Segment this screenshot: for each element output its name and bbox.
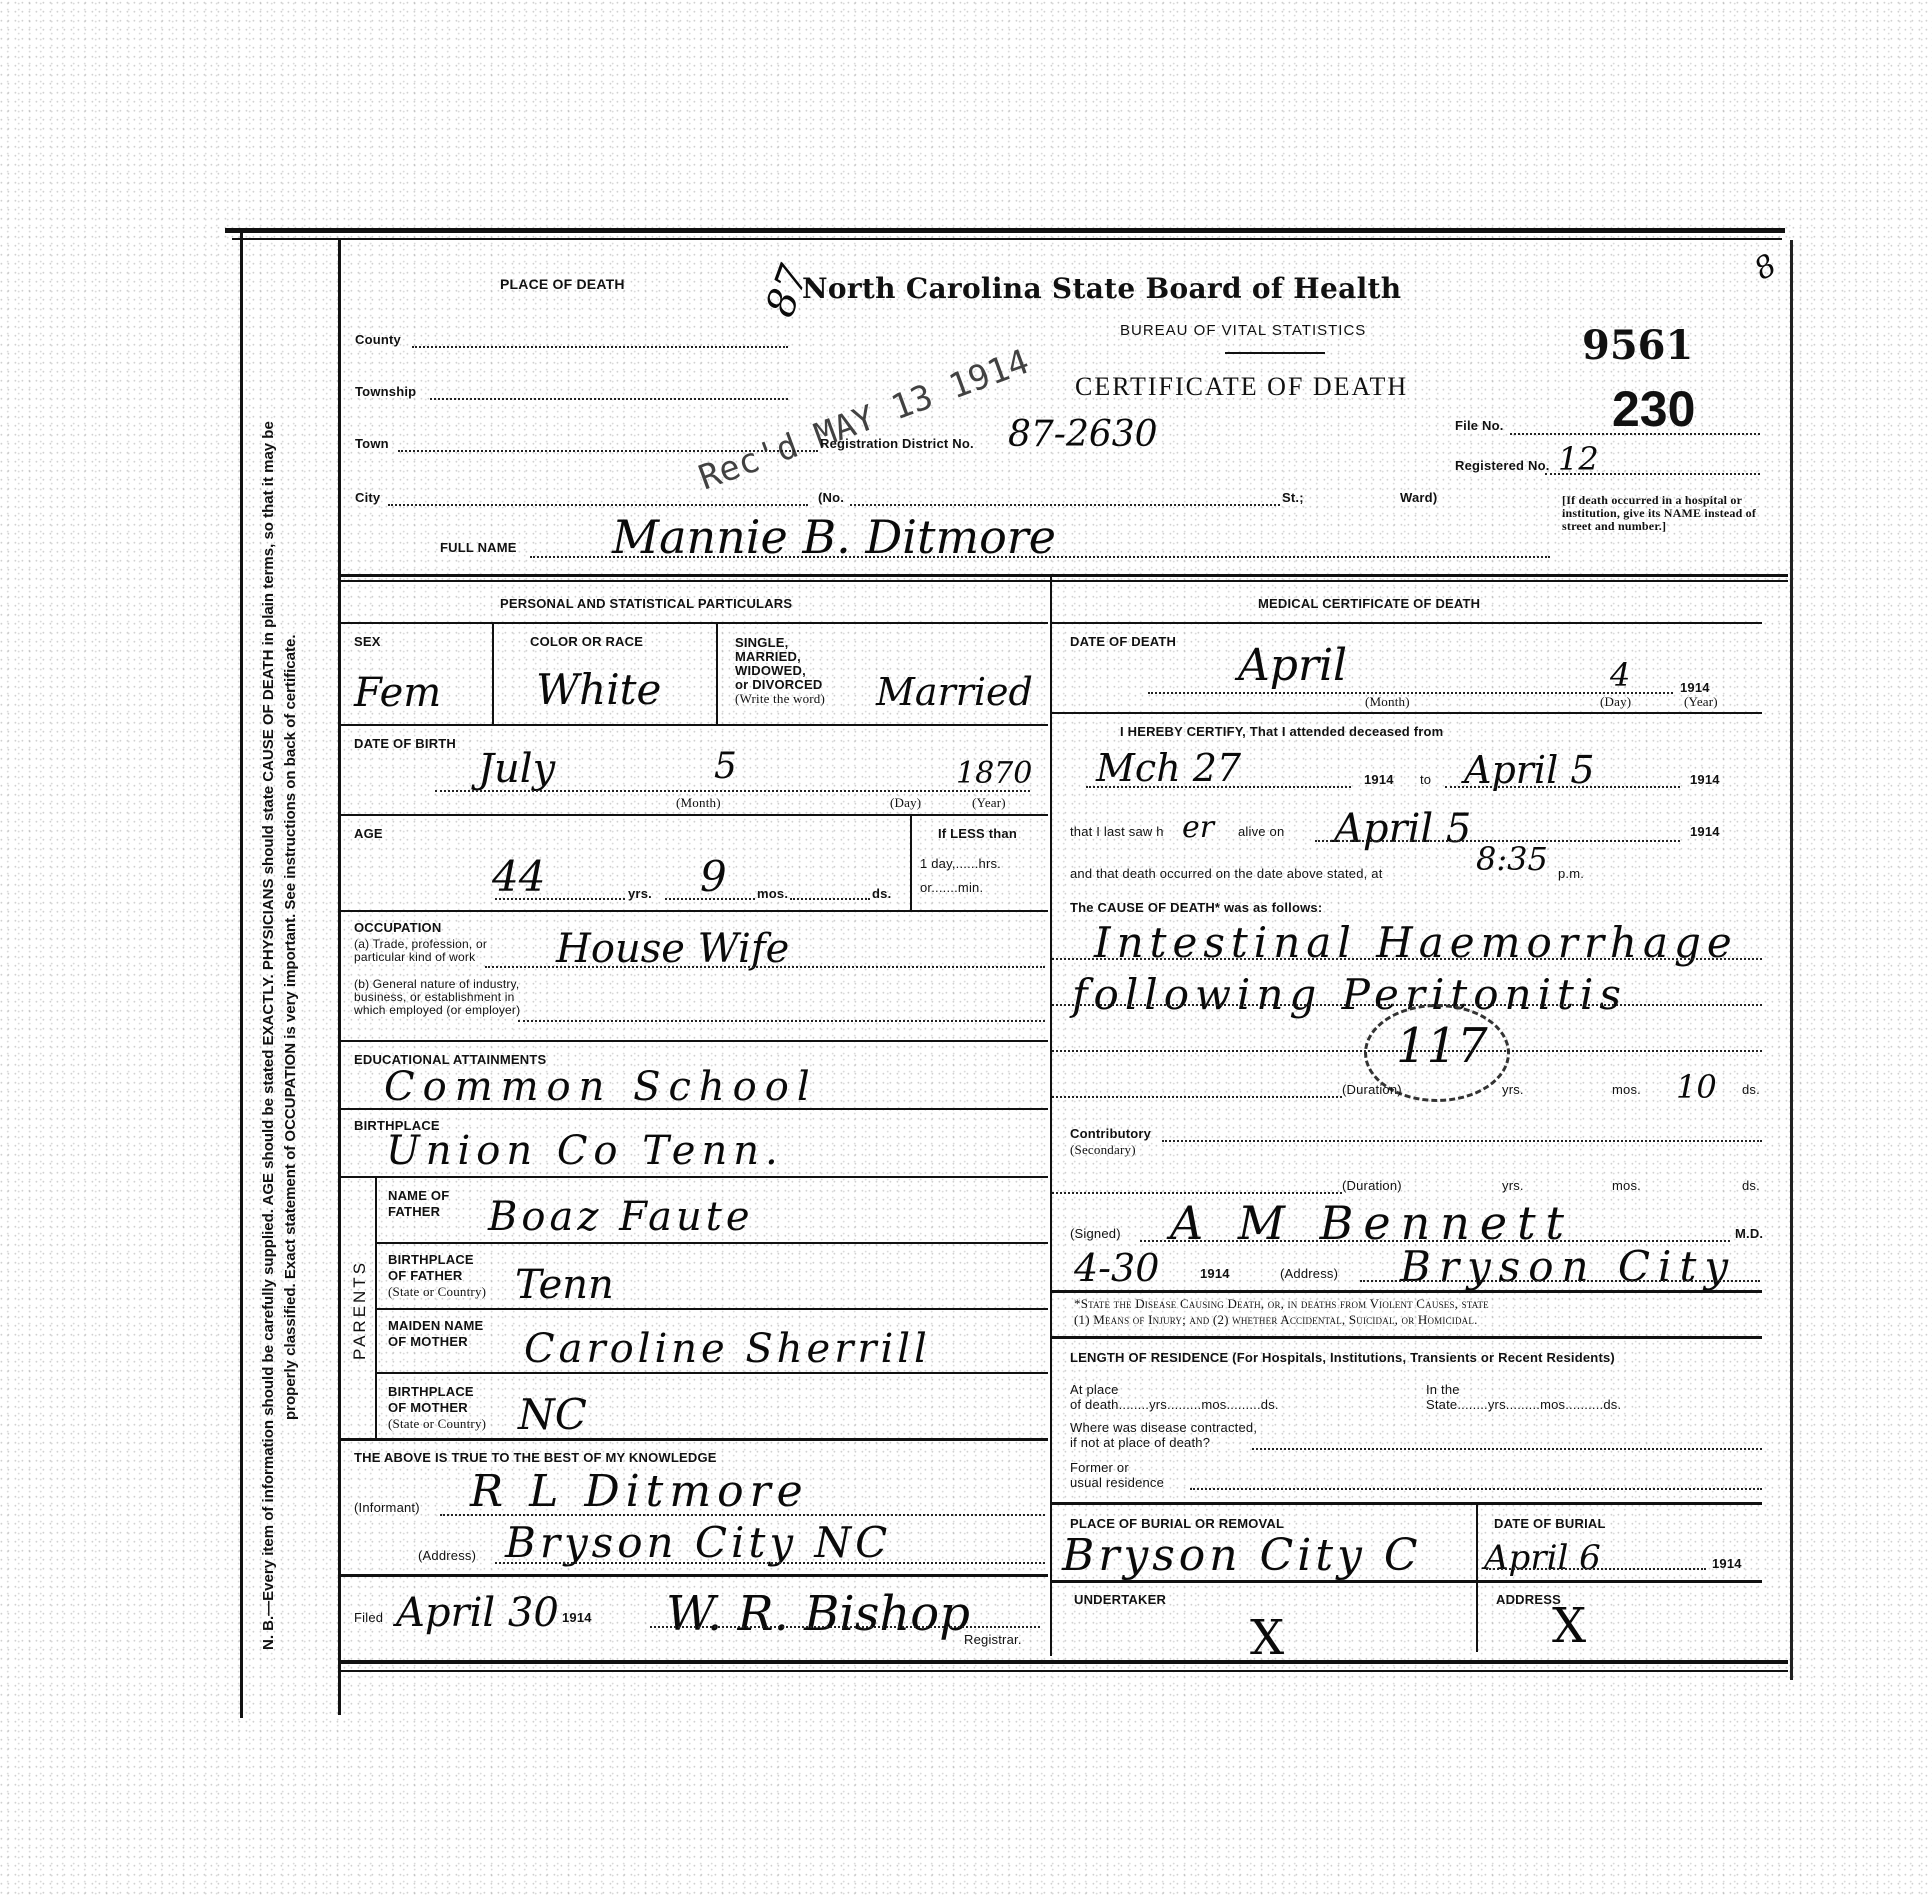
contributory-ds: ds. xyxy=(1742,1178,1760,1193)
mother-name-value: Caroline Sherrill xyxy=(524,1326,931,1372)
death-time-suffix: p.m. xyxy=(1558,866,1584,881)
less-than-label: If LESS than xyxy=(938,826,1017,841)
township-label: Township xyxy=(355,384,416,399)
row-rule xyxy=(1052,1336,1762,1339)
to-label: to xyxy=(1420,772,1431,787)
city-field[interactable] xyxy=(388,504,808,506)
duration-mos: mos. xyxy=(1612,1082,1641,1097)
received-date-stamp: Rec'd MAY 13 1914 xyxy=(694,342,1035,499)
dod-month-caption: (Month) xyxy=(1365,694,1410,710)
contributory-mos: mos. xyxy=(1612,1178,1641,1193)
burial-date-label: DATE OF BURIAL xyxy=(1494,1516,1606,1531)
frame-top-rule xyxy=(225,228,1785,233)
dob-year: 1870 xyxy=(956,756,1032,791)
city-label: City xyxy=(355,490,380,505)
row-rule xyxy=(340,724,1048,726)
cause-line-1-rule xyxy=(1052,958,1762,960)
attended-to-line xyxy=(1445,786,1680,788)
footnote: *State the Disease Causing Death, or, in… xyxy=(1074,1296,1489,1328)
informant-address-label: (Address) xyxy=(418,1548,476,1563)
ward-label: Ward) xyxy=(1400,490,1437,505)
father-birthplace-value: Tenn xyxy=(515,1262,614,1308)
mos-caption: mos. xyxy=(757,886,788,901)
county-label: County xyxy=(355,332,401,347)
duration-line xyxy=(1052,1096,1342,1098)
row-rule xyxy=(1052,712,1762,714)
duration-label: (Duration) xyxy=(1342,1082,1402,1097)
mother-birthplace-label: BIRTHPLACEOF MOTHER (State or Country) xyxy=(388,1384,486,1432)
education-value: Common School xyxy=(384,1064,818,1110)
age-months-line xyxy=(665,898,755,900)
filed-year: 1914 xyxy=(562,1610,592,1625)
bureau-underline xyxy=(1225,352,1325,354)
contributory-yrs: yrs. xyxy=(1502,1178,1524,1193)
filed-label: Filed xyxy=(354,1610,383,1625)
to-year: 1914 xyxy=(1690,772,1720,787)
physician-address-line xyxy=(1360,1280,1760,1282)
side-note-line-1: N. B.—Every item of information should b… xyxy=(258,250,280,1650)
column-divider xyxy=(1050,574,1052,1656)
age-years: 44 xyxy=(492,852,545,901)
occupation-b-line xyxy=(518,1020,1045,1022)
residence-heading: LENGTH OF RESIDENCE (For Hospitals, Inst… xyxy=(1070,1350,1615,1365)
dod-year: 1914 xyxy=(1680,680,1710,695)
row-rule xyxy=(1052,1290,1762,1293)
occupation-a-label: (a) Trade, profession, orparticular kind… xyxy=(354,938,487,964)
dod-day: 4 xyxy=(1610,656,1630,694)
dob-month-caption: (Month) xyxy=(676,795,721,811)
township-field[interactable] xyxy=(430,398,788,400)
contributory-label: Contributory (Secondary) xyxy=(1070,1126,1151,1158)
dod-label: DATE OF DEATH xyxy=(1070,634,1176,649)
dod-day-caption: (Day) xyxy=(1600,694,1631,710)
last-saw-date: April 5 xyxy=(1334,806,1471,852)
where-contracted-label: Where was disease contracted,if not at p… xyxy=(1070,1420,1257,1450)
personal-heading: PERSONAL AND STATISTICAL PARTICULARS xyxy=(500,596,792,611)
father-name-value: Boaz Faute xyxy=(488,1194,754,1240)
registrar-signature: W. R. Bishop xyxy=(666,1586,970,1642)
row-rule xyxy=(377,1372,1048,1374)
occupation-b-label: (b) General nature of industry,business,… xyxy=(354,978,520,1017)
age-days-line xyxy=(790,898,870,900)
physician-address-label: (Address) xyxy=(1280,1266,1338,1281)
frame-top-rule-2 xyxy=(232,238,1782,240)
filed-date: April 30 xyxy=(396,1590,559,1636)
sex-label: SEX xyxy=(354,634,381,649)
father-birthplace-label: BIRTHPLACEOF FATHER (State or Country) xyxy=(388,1252,486,1300)
full-name-label: FULL NAME xyxy=(440,540,517,555)
dob-year-caption: (Year) xyxy=(972,795,1006,811)
age-label: AGE xyxy=(354,826,383,841)
file-no-line xyxy=(1510,433,1760,435)
board-title: North Carolina State Board of Health xyxy=(802,272,1401,305)
row-rule xyxy=(340,1574,1048,1577)
st-label: St.; xyxy=(1282,490,1304,505)
frame-right-rule xyxy=(1790,240,1793,1680)
race-label: COLOR OR RACE xyxy=(530,634,643,649)
burial-divider xyxy=(1476,1502,1478,1652)
one-day-label: 1 day,......hrs. xyxy=(920,856,1001,871)
yrs-caption: yrs. xyxy=(628,886,652,901)
dob-line xyxy=(435,790,1030,792)
certify-text: I HEREBY CERTIFY, That I attended deceas… xyxy=(1120,724,1443,739)
frame-bottom-rule xyxy=(338,1660,1788,1664)
former-residence-line xyxy=(1190,1488,1762,1490)
row-rule xyxy=(340,1108,1048,1110)
duration-ds: ds. xyxy=(1742,1082,1760,1097)
section-divider-top xyxy=(338,574,1788,577)
cause-line-2: following Peritonitis xyxy=(1072,970,1627,1019)
burial-date-value: April 6 xyxy=(1484,1538,1601,1578)
duration-yrs: yrs. xyxy=(1502,1082,1524,1097)
signed-date: 4-30 xyxy=(1074,1246,1159,1290)
row-rule xyxy=(340,910,1048,912)
undertaker-label: UNDERTAKER xyxy=(1074,1592,1166,1607)
signed-label: (Signed) xyxy=(1070,1226,1121,1241)
street-no-label: (No. xyxy=(818,490,844,505)
row-rule xyxy=(340,1176,1048,1178)
marital-value: Married xyxy=(876,670,1033,714)
corner-mark-right: 8 xyxy=(1749,248,1783,288)
section-divider-top-2 xyxy=(338,580,1788,582)
attended-from-line xyxy=(1086,786,1351,788)
row-rule xyxy=(1052,1502,1762,1505)
informant-label: (Informant) xyxy=(354,1500,420,1515)
death-time: 8:35 xyxy=(1476,840,1548,878)
burial-year: 1914 xyxy=(1712,1556,1742,1571)
registrar-line xyxy=(650,1626,1040,1628)
physician-address: Bryson City xyxy=(1400,1242,1736,1291)
mother-name-label: MAIDEN NAMEOF MOTHER xyxy=(388,1318,483,1350)
side-note-line-2: properly classified. Exact statement of … xyxy=(280,250,302,1650)
undertaker-value: X xyxy=(1250,1610,1284,1666)
mother-birthplace-value: NC xyxy=(518,1390,587,1439)
instructions-side-note: N. B.—Every item of information should b… xyxy=(258,250,302,1650)
duration-days: 10 xyxy=(1676,1068,1717,1106)
registered-no-line xyxy=(1545,473,1760,475)
last-saw-year: 1914 xyxy=(1690,824,1720,839)
frame-bottom-rule-2 xyxy=(338,1670,1788,1672)
frame-inner-left-rule xyxy=(338,240,341,1715)
at-place-of-death-label: At placeof death........yrs.........mos.… xyxy=(1070,1382,1279,1412)
certificate-title: CERTIFICATE OF DEATH xyxy=(1075,372,1408,402)
race-value: White xyxy=(536,665,661,714)
md-label: M.D. xyxy=(1735,1226,1763,1241)
sex-race-divider xyxy=(492,624,494,724)
ds-caption: ds. xyxy=(872,886,891,901)
occupation-label: OCCUPATION xyxy=(354,920,441,935)
row-rule xyxy=(340,1438,1048,1441)
county-field[interactable] xyxy=(412,346,788,348)
town-field[interactable] xyxy=(398,450,818,452)
full-name-value: Mannie B. Ditmore xyxy=(612,510,1056,564)
dod-month: April xyxy=(1238,640,1347,691)
registrar-label: Registrar. xyxy=(964,1632,1022,1647)
informant-line xyxy=(440,1514,1045,1516)
dob-label: DATE OF BIRTH xyxy=(354,736,456,751)
cause-line-3-rule xyxy=(1052,1050,1762,1052)
dob-day: 5 xyxy=(714,746,737,787)
cause-line-2-rule xyxy=(1052,1004,1762,1006)
dob-day-caption: (Day) xyxy=(890,795,921,811)
father-name-label: NAME OFFATHER xyxy=(388,1188,449,1220)
hospital-note: [If death occurred in a hospital or inst… xyxy=(1562,494,1768,533)
dob-month: July xyxy=(478,746,555,792)
dod-line xyxy=(1148,692,1673,694)
contributory-duration-label: (Duration) xyxy=(1342,1178,1402,1193)
cause-code: 117 xyxy=(1396,1018,1488,1074)
file-number: 230 xyxy=(1612,380,1695,438)
informant-address-value: Bryson City NC xyxy=(505,1518,891,1567)
contributory-line xyxy=(1162,1140,1762,1142)
or-min-label: or.......min. xyxy=(920,880,983,895)
corner-mark: 87 xyxy=(757,259,818,323)
last-saw-pronoun: er xyxy=(1182,810,1214,845)
age-months: 9 xyxy=(700,852,727,901)
town-label: Town xyxy=(355,436,389,451)
informant-value: R L Ditmore xyxy=(470,1466,809,1517)
registered-no-label: Registered No. xyxy=(1455,458,1550,473)
informant-address-line xyxy=(495,1562,1045,1564)
alive-on-label: alive on xyxy=(1238,824,1284,839)
frame-left-rule xyxy=(240,228,243,1718)
contributory-duration-line xyxy=(1052,1192,1342,1194)
burial-place-value: Bryson City C xyxy=(1062,1530,1422,1581)
place-of-death-heading: PLACE OF DEATH xyxy=(500,276,625,292)
certificate-number: 9561 xyxy=(1582,322,1693,369)
death-time-label: and that death occurred on the date abov… xyxy=(1070,866,1383,881)
personal-heading-rule xyxy=(340,622,1048,624)
in-state-label: In theState........yrs.........mos......… xyxy=(1426,1382,1621,1412)
attended-from: Mch 27 xyxy=(1096,746,1241,790)
cause-label: The CAUSE OF DEATH* was as follows: xyxy=(1070,900,1322,915)
marital-label: SINGLE, MARRIED, WIDOWED, or DIVORCED (W… xyxy=(735,636,825,706)
sex-value: Fem xyxy=(354,670,441,716)
where-contracted-line xyxy=(1252,1448,1762,1450)
row-rule xyxy=(1052,1580,1762,1583)
medical-heading: MEDICAL CERTIFICATE OF DEATH xyxy=(1258,596,1480,611)
former-residence-label: Former orusual residence xyxy=(1070,1460,1164,1490)
burial-place-label: PLACE OF BURIAL OR REMOVAL xyxy=(1070,1516,1284,1531)
age-less-divider xyxy=(910,814,912,912)
medical-heading-rule xyxy=(1052,622,1762,624)
true-statement: THE ABOVE IS TRUE TO THE BEST OF MY KNOW… xyxy=(354,1450,717,1465)
race-marital-divider xyxy=(716,624,718,724)
row-rule xyxy=(340,814,1048,816)
dod-year-caption: (Year) xyxy=(1684,694,1718,710)
row-rule xyxy=(377,1242,1048,1244)
burial-date-line xyxy=(1486,1568,1706,1570)
undertaker-address-value: X xyxy=(1552,1598,1586,1654)
last-saw-label: that I last saw h xyxy=(1070,824,1164,839)
row-rule xyxy=(377,1308,1048,1310)
street-field[interactable] xyxy=(850,504,1280,506)
birthplace-value: Union Co Tenn. xyxy=(386,1128,784,1174)
file-no-label: File No. xyxy=(1455,418,1504,433)
signed-year: 1914 xyxy=(1200,1266,1230,1281)
row-rule xyxy=(340,1040,1048,1042)
occupation-a-line xyxy=(485,966,1045,968)
registration-district-label: Registration District No. xyxy=(820,436,974,451)
parents-label: PARENTS xyxy=(350,1260,370,1360)
from-year: 1914 xyxy=(1364,772,1394,787)
registration-district-value: 87-2630 xyxy=(1008,414,1158,455)
age-years-line xyxy=(495,898,625,900)
bureau-subtitle: BUREAU OF VITAL STATISTICS xyxy=(1120,322,1366,339)
